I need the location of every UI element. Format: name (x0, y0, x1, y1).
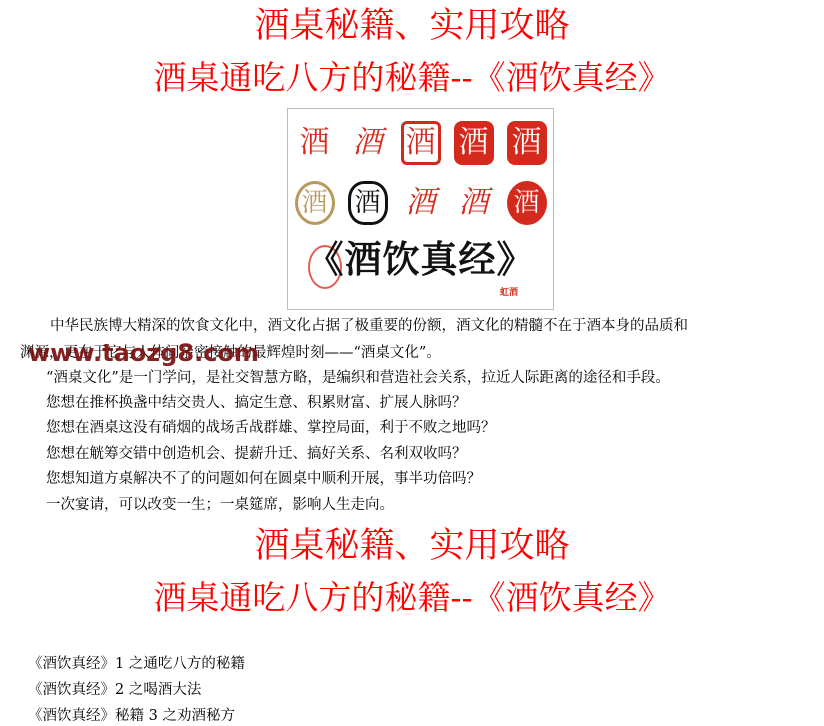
section-title: 酒桌秘籍、实用攻略 (0, 526, 824, 566)
chapter-link-1[interactable]: 《酒饮真经》1 之通吃八方的秘籍 (28, 654, 245, 674)
intro-paragraph-line1: 中华民族博大精深的饮食文化中，酒文化占据了极重要的份额，酒文化的精髓不在于酒本身… (50, 316, 688, 336)
seal-icon: 酒 (507, 121, 547, 165)
seal-icon: 酒 (454, 121, 494, 165)
artist-signature: 虹酒 (500, 285, 518, 298)
seal-icon: 酒 (348, 181, 388, 225)
seal-row-bottom: 酒 酒 酒 酒 酒 (288, 181, 553, 225)
question-3: 您想在觥筹交错中创造机会、提薪升迁、搞好关系、名利双收吗？ (46, 444, 467, 464)
seal-icon: 酒 (295, 121, 335, 165)
section-subtitle: 酒桌通吃八方的秘籍--《酒饮真经》 (0, 578, 824, 618)
seal-icon: 酒 (454, 181, 494, 225)
question-4: 您想知道方桌解决不了的问题如何在圆桌中顺利开展，事半功倍吗？ (46, 469, 481, 489)
seal-icon: 酒 (401, 121, 441, 165)
seal-row-top: 酒 酒 酒 酒 酒 (288, 121, 553, 165)
page-subtitle: 酒桌通吃八方的秘籍--《酒饮真经》 (0, 58, 824, 98)
watermark-link[interactable]: www.taozg8.com (28, 340, 259, 366)
book-cover-image: 酒 酒 酒 酒 酒 酒 酒 酒 酒 酒 《酒饮真经》 虹酒 (287, 108, 554, 310)
seal-icon: 酒 (507, 181, 547, 225)
question-1: 您想在推杯换盏中结交贵人、搞定生意、积累财富、扩展人脉吗？ (46, 393, 467, 413)
seal-icon: 酒 (295, 181, 335, 225)
closing-line: 一次宴请，可以改变一生；一桌筵席，影响人生走向。 (46, 495, 394, 515)
question-2: 您想在酒桌这没有硝烟的战场舌战群雄、掌控局面，利于不败之地吗？ (46, 418, 496, 438)
seal-icon: 酒 (401, 181, 441, 225)
chapter-link-2[interactable]: 《酒饮真经》2 之喝酒大法 (28, 680, 201, 700)
page-title: 酒桌秘籍、实用攻略 (0, 6, 824, 46)
seal-icon: 酒 (348, 121, 388, 165)
intro-paragraph-2: “酒桌文化”是一门学问，是社交智慧方略，是编织和营造社会关系，拉近人际距离的途径… (46, 368, 670, 388)
book-title: 《酒饮真经》 (288, 237, 553, 283)
chapter-link-3[interactable]: 《酒饮真经》秘籍 3 之劝酒秘方 (28, 706, 235, 726)
